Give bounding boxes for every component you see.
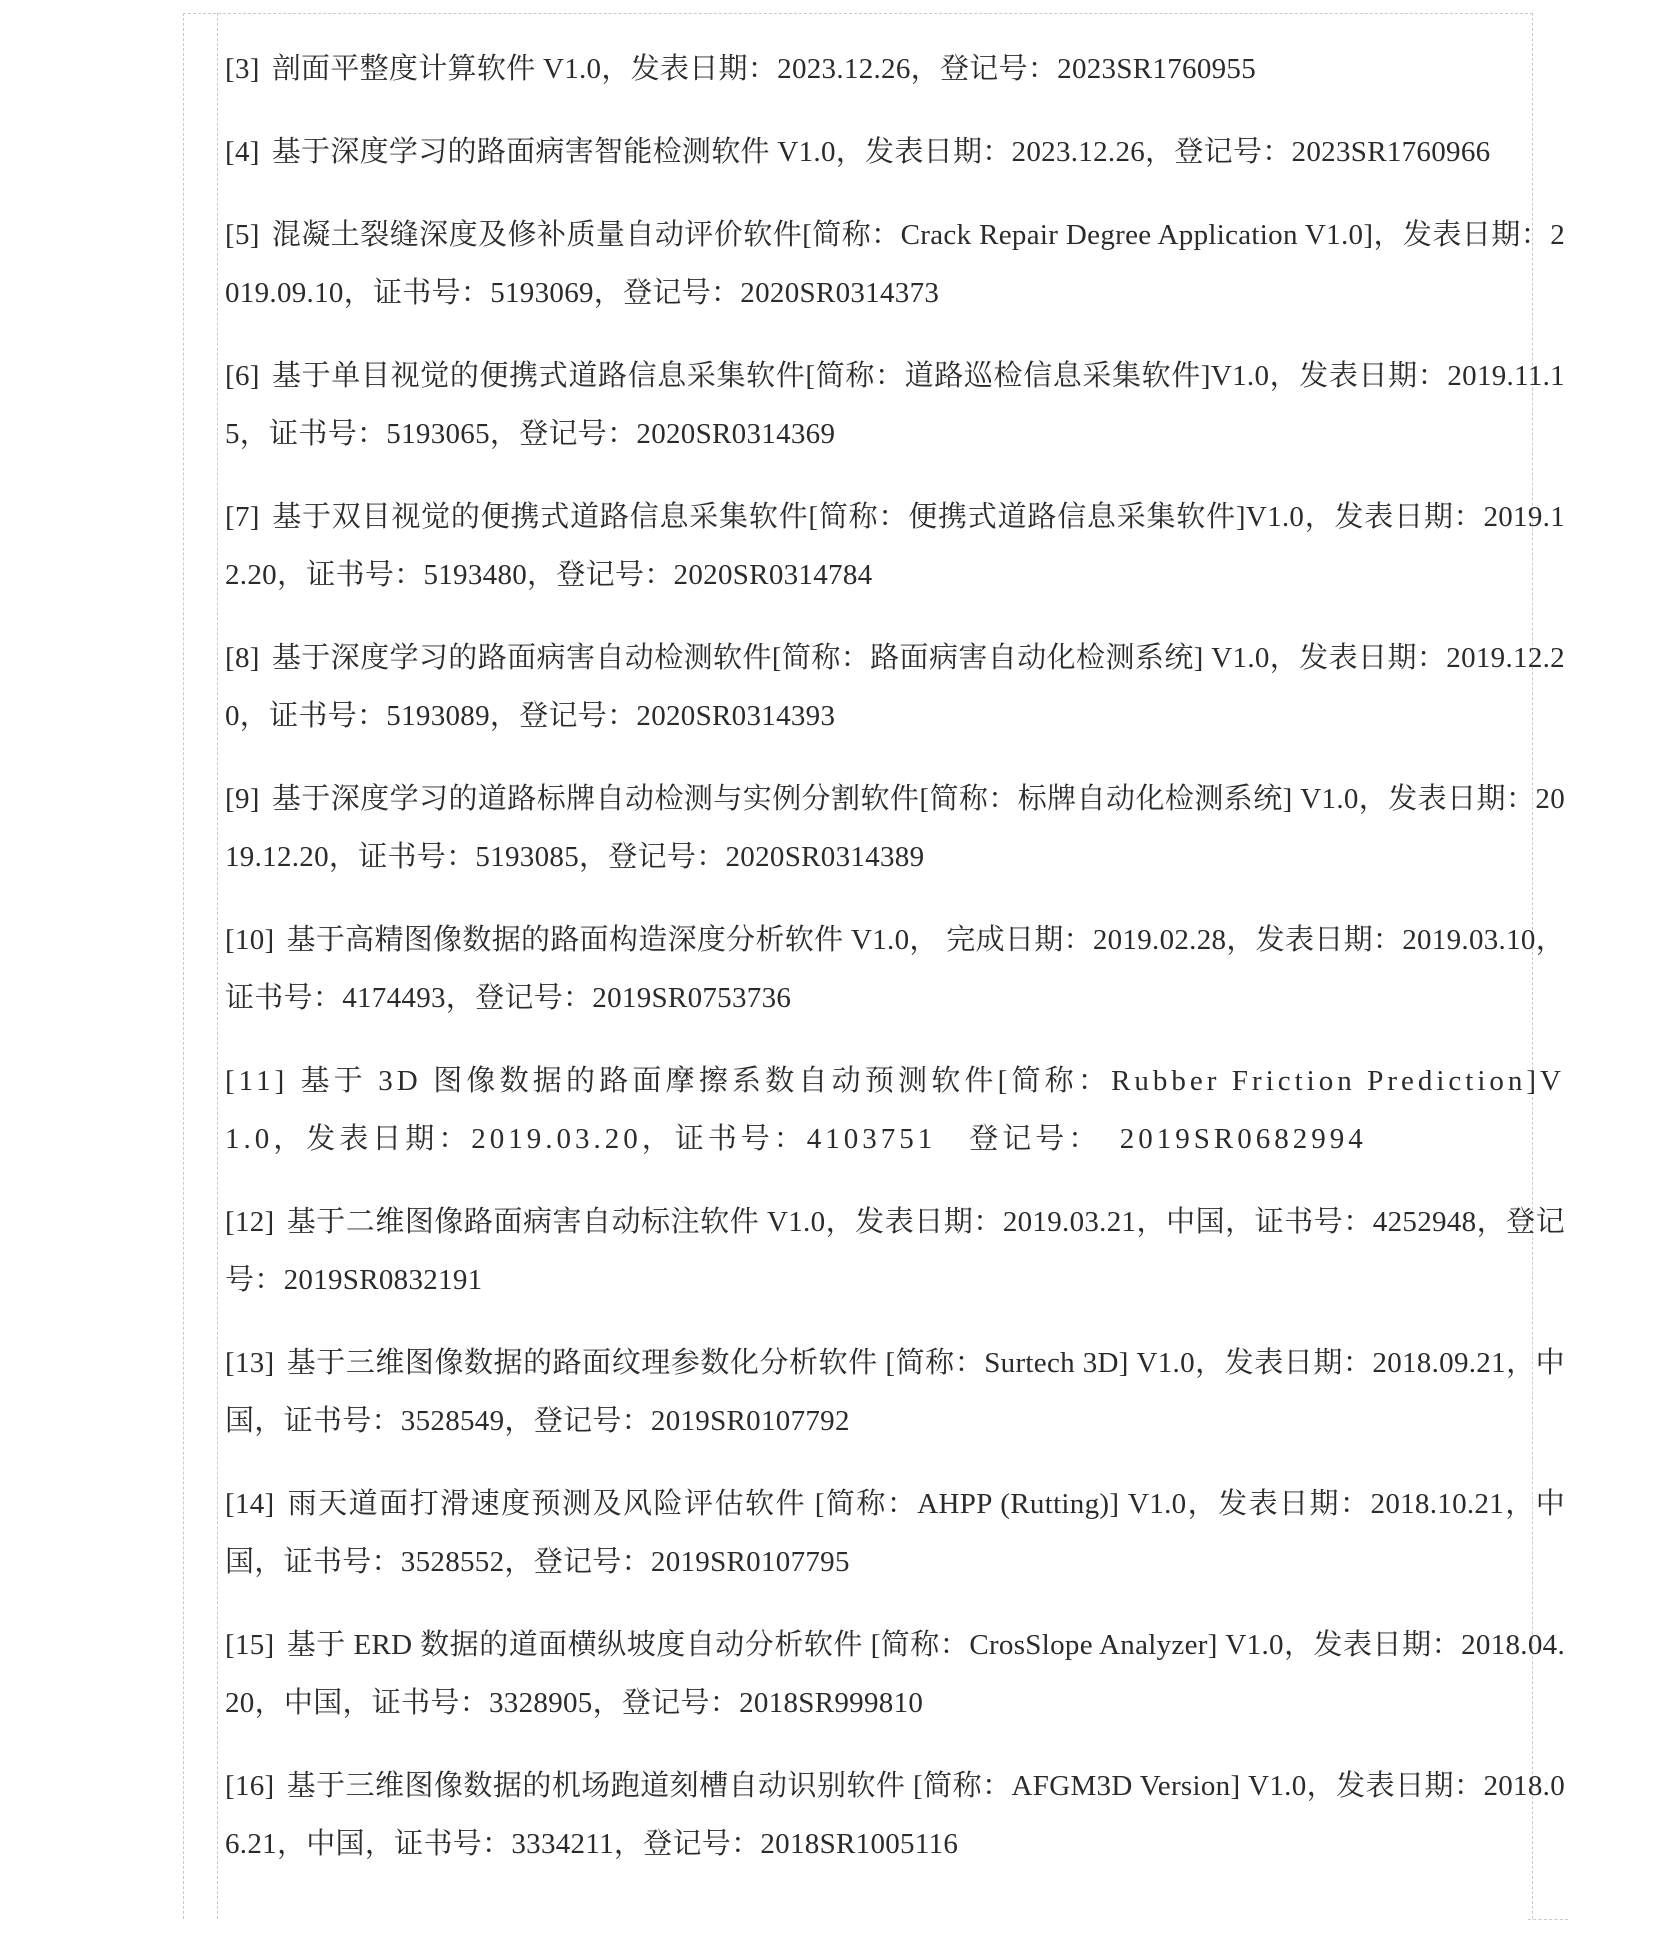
reference-item-14: [14]雨天道面打滑速度预测及风险评估软件 [简称：AHPP (Rutting)… bbox=[225, 1475, 1565, 1591]
reference-number: [16] bbox=[225, 1770, 275, 1802]
reference-item-11: [11]基于 3D 图像数据的路面摩擦系数自动预测软件[简称：Rubber Fr… bbox=[225, 1052, 1565, 1168]
reference-item-6: [6]基于单目视觉的便携式道路信息采集软件[简称：道路巡检信息采集软件]V1.0… bbox=[225, 347, 1565, 463]
reference-text: 基于单目视觉的便携式道路信息采集软件[简称：道路巡检信息采集软件]V1.0，发表… bbox=[225, 360, 1565, 450]
reference-text: 基于深度学习的路面病害自动检测软件[简称：路面病害自动化检测系统] V1.0，发… bbox=[225, 642, 1565, 732]
reference-item-15: [15]基于 ERD 数据的道面横纵坡度自动分析软件 [简称：CrosSlope… bbox=[225, 1616, 1565, 1732]
reference-text: 基于 ERD 数据的道面横纵坡度自动分析软件 [简称：CrosSlope Ana… bbox=[225, 1629, 1565, 1719]
reference-number: [7] bbox=[225, 501, 260, 533]
reference-number: [6] bbox=[225, 360, 260, 392]
reference-text: 基于高精图像数据的路面构造深度分析软件 V1.0， 完成日期：2019.02.2… bbox=[225, 924, 1565, 1014]
reference-number: [14] bbox=[225, 1488, 275, 1520]
reference-number: [10] bbox=[225, 924, 275, 956]
reference-text: 基于深度学习的路面病害智能检测软件 V1.0，发表日期：2023.12.26，登… bbox=[272, 136, 1491, 168]
reference-text: 雨天道面打滑速度预测及风险评估软件 [简称：AHPP (Rutting)] V1… bbox=[225, 1488, 1565, 1578]
reference-text: 基于 3D 图像数据的路面摩擦系数自动预测软件[简称：Rubber Fricti… bbox=[225, 1065, 1565, 1155]
reference-item-8: [8]基于深度学习的路面病害自动检测软件[简称：路面病害自动化检测系统] V1.… bbox=[225, 629, 1565, 745]
reference-text: 基于双目视觉的便携式道路信息采集软件[简称：便携式道路信息采集软件]V1.0，发… bbox=[225, 501, 1565, 591]
frame-corner-mark bbox=[1528, 1919, 1568, 1920]
reference-item-7: [7]基于双目视觉的便携式道路信息采集软件[简称：便携式道路信息采集软件]V1.… bbox=[225, 488, 1565, 604]
reference-item-3: [3]剖面平整度计算软件 V1.0，发表日期：2023.12.26，登记号：20… bbox=[225, 40, 1565, 98]
reference-text: 剖面平整度计算软件 V1.0，发表日期：2023.12.26，登记号：2023S… bbox=[272, 53, 1256, 85]
reference-item-13: [13]基于三维图像数据的路面纹理参数化分析软件 [简称：Surtech 3D]… bbox=[225, 1334, 1565, 1450]
reference-number: [12] bbox=[225, 1206, 275, 1238]
reference-item-16: [16]基于三维图像数据的机场跑道刻槽自动识别软件 [简称：AFGM3D Ver… bbox=[225, 1757, 1565, 1873]
software-copyright-reference-list: [3]剖面平整度计算软件 V1.0，发表日期：2023.12.26，登记号：20… bbox=[225, 40, 1565, 1898]
reference-text: 混凝土裂缝深度及修补质量自动评价软件[简称：Crack Repair Degre… bbox=[225, 219, 1565, 309]
reference-text: 基于三维图像数据的机场跑道刻槽自动识别软件 [简称：AFGM3D Version… bbox=[225, 1770, 1565, 1860]
reference-text: 基于深度学习的道路标牌自动检测与实例分割软件[简称：标牌自动化检测系统] V1.… bbox=[225, 783, 1565, 873]
reference-number: [11] bbox=[225, 1065, 288, 1097]
reference-number: [3] bbox=[225, 53, 260, 85]
margin-rule bbox=[217, 13, 218, 1919]
reference-number: [4] bbox=[225, 136, 260, 168]
reference-item-10: [10]基于高精图像数据的路面构造深度分析软件 V1.0， 完成日期：2019.… bbox=[225, 911, 1565, 1027]
reference-item-5: [5]混凝土裂缝深度及修补质量自动评价软件[简称：Crack Repair De… bbox=[225, 206, 1565, 322]
reference-number: [5] bbox=[225, 219, 260, 251]
reference-item-4: [4]基于深度学习的路面病害智能检测软件 V1.0，发表日期：2023.12.2… bbox=[225, 123, 1565, 181]
reference-number: [8] bbox=[225, 642, 260, 674]
reference-number: [15] bbox=[225, 1629, 275, 1661]
reference-number: [9] bbox=[225, 783, 260, 815]
reference-text: 基于三维图像数据的路面纹理参数化分析软件 [简称：Surtech 3D] V1.… bbox=[225, 1347, 1565, 1437]
reference-item-9: [9]基于深度学习的道路标牌自动检测与实例分割软件[简称：标牌自动化检测系统] … bbox=[225, 770, 1565, 886]
reference-number: [13] bbox=[225, 1347, 275, 1379]
reference-text: 基于二维图像路面病害自动标注软件 V1.0，发表日期：2019.03.21，中国… bbox=[225, 1206, 1565, 1296]
reference-item-12: [12]基于二维图像路面病害自动标注软件 V1.0，发表日期：2019.03.2… bbox=[225, 1193, 1565, 1309]
